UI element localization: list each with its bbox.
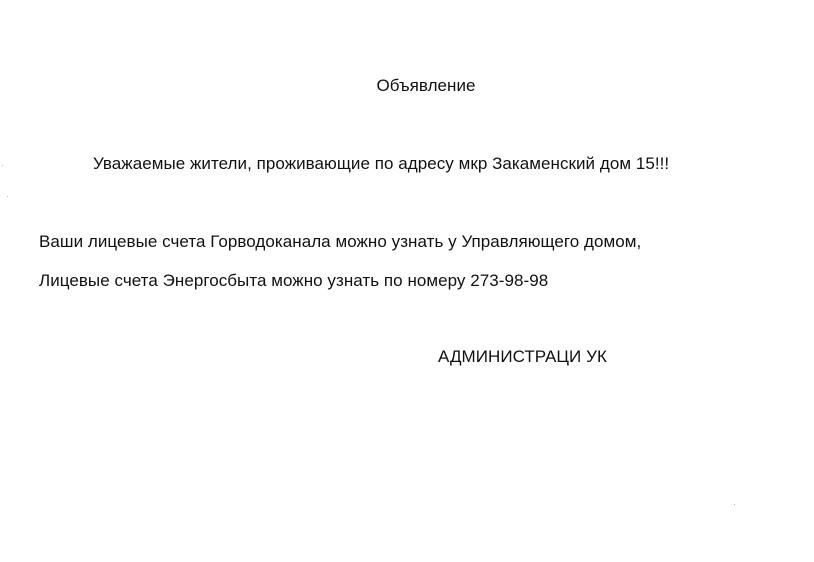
scan-speck: [734, 504, 735, 505]
scan-speck: [2, 165, 3, 166]
document-title: Объявление: [0, 76, 814, 96]
paragraph-water-accounts: Ваши лицевые счета Горводоканала можно у…: [39, 232, 641, 252]
scanned-document-page: Объявление Уважаемые жители, проживающие…: [0, 0, 814, 562]
signature: АДМИНИСТРАЦИ УК: [438, 347, 607, 367]
scan-speck: [7, 196, 8, 197]
paragraph-energy-accounts: Лицевые счета Энергосбыта можно узнать п…: [39, 271, 548, 291]
greeting-line: Уважаемые жители, проживающие по адресу …: [93, 154, 669, 174]
